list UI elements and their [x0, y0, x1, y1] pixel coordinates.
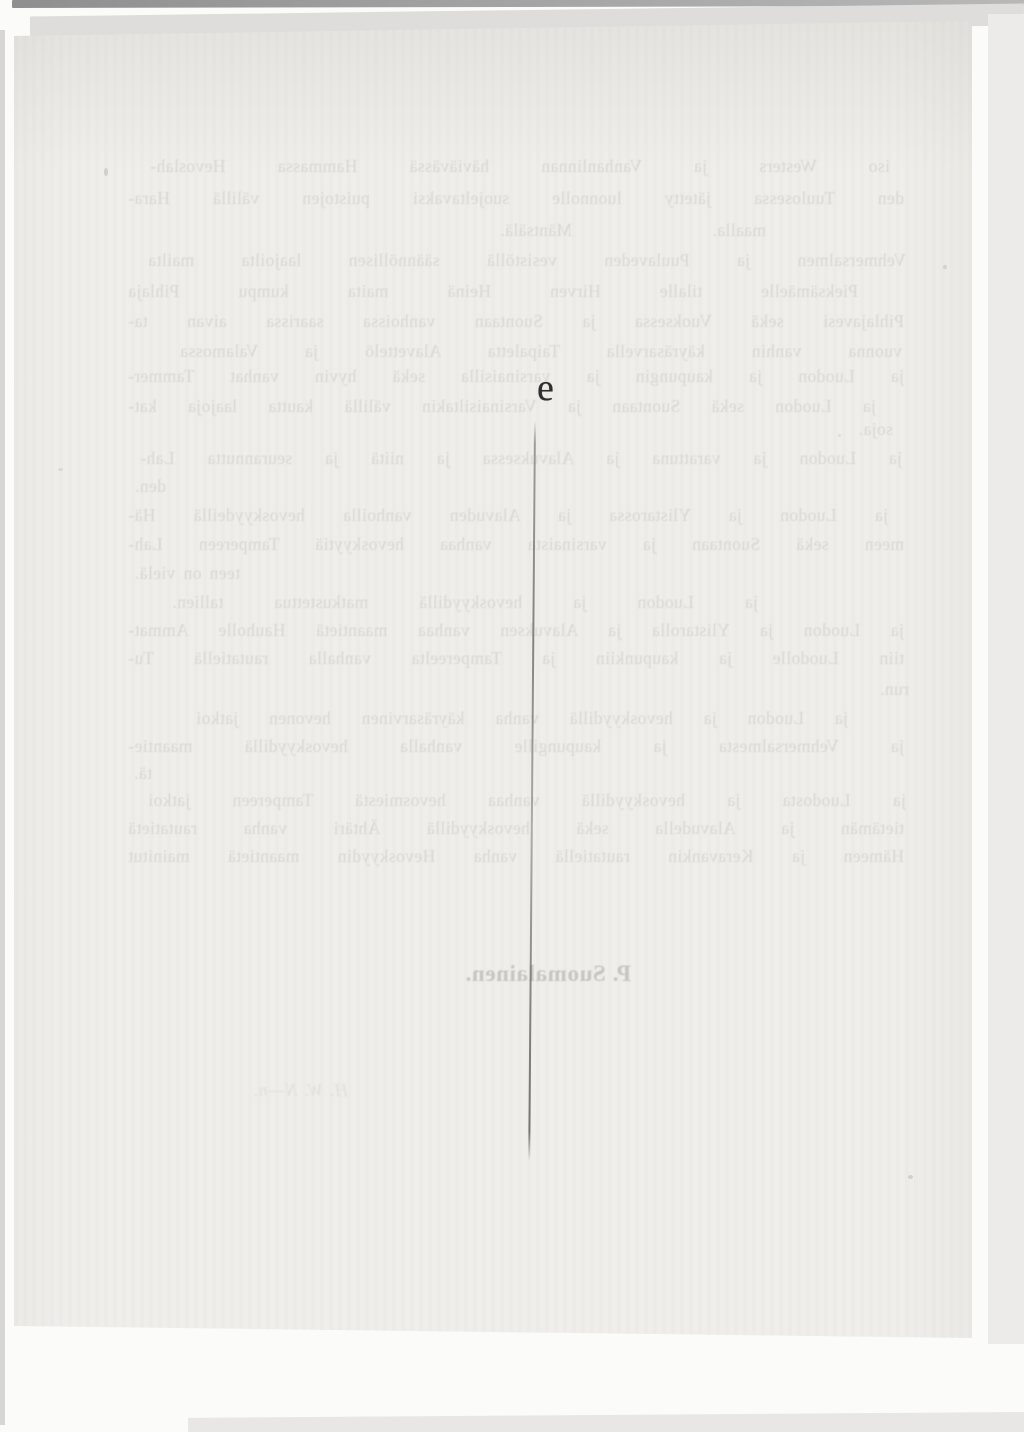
- scan-speck: [104, 168, 108, 176]
- bleedthrough-text-line: ja Luodon ja Ylistarolla ja Alavuksen va…: [128, 620, 904, 642]
- bleedthrough-text-line: ja Luodon ja hevoskyydillä matkustettua …: [172, 592, 758, 614]
- stray-printed-letter: e: [537, 369, 554, 407]
- bleedthrough-text-line: den Tuulosessa jätetty luonnolle suojelt…: [128, 188, 904, 210]
- signature-bleedthrough: P. Suomalainen.: [442, 961, 654, 989]
- bleedthrough-text-line: ja Luodon ja Ylistarossa ja Alavuden van…: [128, 505, 888, 527]
- bleedthrough-text-line: vuonna vanhin käyräsarvella Taipaletta A…: [180, 341, 902, 363]
- bleedthrough-text-line: Hämeen ja Keravankin rautatiellä vanha H…: [128, 846, 904, 868]
- bleedthrough-text-line: tiin Luodolle ja kaupunkiin ja Tampereel…: [128, 648, 904, 670]
- bleedthrough-text-line: tietämän ja Alavudella sekä hevoskyydill…: [128, 818, 904, 840]
- bleedthrough-text-line: tä.: [122, 763, 152, 785]
- scan-speck: [838, 434, 841, 437]
- book-page: iso Westers ja Vanhanlinnan häviävässä H…: [14, 20, 972, 1340]
- scan-speck: [908, 1175, 913, 1179]
- bleedthrough-text-line: ja Luodon ja hevoskyydillä vanha käyräsa…: [196, 708, 848, 730]
- scan-bottom-edge-band: [188, 1412, 1024, 1432]
- bleedthrough-text-line: ja Vehmersalmesta ja kaupungille vanhall…: [128, 736, 904, 758]
- bleedthrough-text-line: maalla. Mäntsälä.: [500, 220, 766, 242]
- bleedthrough-text-line: ja Luodon ja kaupungin ja varsinaisilla …: [128, 366, 904, 388]
- footer-name-bleedthrough: H. W. N—n.: [214, 1080, 386, 1104]
- bleedthrough-text-line: meen sekä Suontaan ja varsinaista vanhaa…: [128, 534, 904, 556]
- bleedthrough-text-line: run.: [865, 679, 909, 701]
- bleedthrough-text-line: soja.: [845, 419, 893, 441]
- bleedthrough-text-line: ja Luodosta ja hevoskyydillä vanhaa hevo…: [148, 790, 906, 812]
- bleedthrough-text-line: den.: [122, 476, 166, 498]
- bleedthrough-text-line: Pieksämäelle tilalle Hirven Heinä maita …: [128, 281, 858, 303]
- scan-speck: [58, 468, 63, 471]
- scan-right-margin-band: [988, 14, 1024, 1344]
- scanned-page-background: iso Westers ja Vanhanlinnan häviävässä H…: [0, 0, 1024, 1432]
- adjacent-page-edge-left: [0, 30, 5, 1425]
- bleedthrough-text-line: ja Luodon sekä Suontaan ja Varsinaisilta…: [128, 396, 876, 418]
- bleedthrough-text-line: ja Luodon ja varattuna ja Alavuksessa ja…: [140, 448, 902, 470]
- scan-speck: [943, 265, 947, 269]
- bleedthrough-text-line: teen on vielä.: [128, 563, 240, 585]
- bleedthrough-text-line: Vehmersalmen ja Puulaveden vesistöllä sä…: [148, 250, 906, 272]
- bleedthrough-text-line: Pihlajavesi sekä Vuoksessa ja Suontaan v…: [128, 311, 904, 333]
- bleedthrough-text-line: iso Westers ja Vanhanlinnan häviävässä H…: [150, 156, 890, 178]
